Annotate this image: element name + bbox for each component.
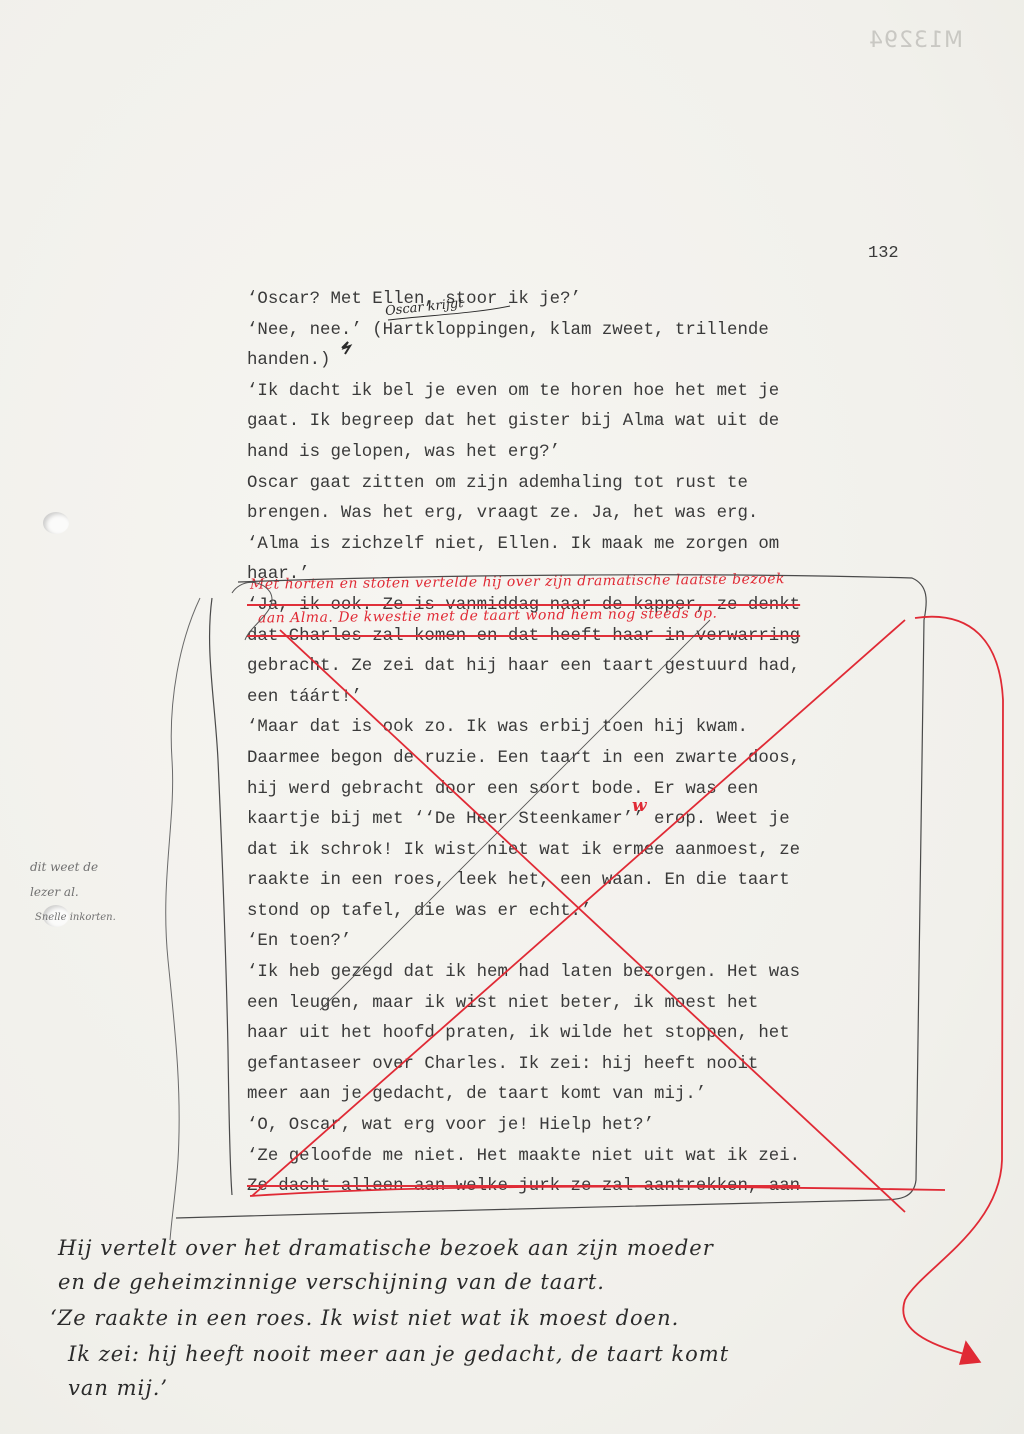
typed-line: brengen. Was het erg, vraagt ze. Ja, het…: [247, 499, 800, 530]
typed-text-body: ‘Oscar? Met Ellen, stoor ik je?’‘Nee, ne…: [247, 285, 800, 1203]
typed-line: gefantaseer over Charles. Ik zei: hij he…: [247, 1050, 800, 1081]
typed-line: ‘En toen?’: [247, 927, 800, 958]
typed-line: ‘Ik heb gezegd dat ik hem had laten bezo…: [247, 958, 800, 989]
typed-line: Daarmee begon de ruzie. Een taart in een…: [247, 744, 800, 775]
red-correction-mark: w: [632, 796, 647, 816]
typed-line: ‘Ik dacht ik bel je even om te horen hoe…: [247, 377, 800, 408]
typed-line: Ze dacht alleen aan welke jurk ze zal aa…: [247, 1172, 800, 1203]
typed-line: ‘Nee, nee.’ (Hartkloppingen, klam zweet,…: [247, 316, 800, 347]
typed-line: raakte in een roes, leek het, een waan. …: [247, 866, 800, 897]
archive-stamp: M13294: [868, 28, 963, 53]
typed-line: hij werd gebracht door een soort bode. E…: [247, 775, 800, 806]
typed-line: een táárt!’: [247, 683, 800, 714]
manuscript-page: M13294 132 ‘Oscar? Met Ellen, stoor ik j…: [0, 0, 1024, 1434]
punch-hole-top: [43, 512, 69, 534]
typed-line: ‘Alma is zichzelf niet, Ellen. Ik maak m…: [247, 530, 800, 561]
typed-line: hand is gelopen, was het erg?’: [247, 438, 800, 469]
pencil-wavy-margin-line: [166, 598, 200, 1240]
typed-line: gaat. Ik begreep dat het gister bij Alma…: [247, 407, 800, 438]
typed-line: kaartje bij met ‘‘De Heer Steenkamer’’ e…: [247, 805, 800, 836]
typed-line: een leugen, maar ik wist niet beter, ik …: [247, 989, 800, 1020]
bottom-note-line-4: Ik zei: hij heeft nooit meer aan je geda…: [68, 1342, 729, 1366]
typed-line: ‘O, Oscar, wat erg voor je! Hielp het?’: [247, 1111, 800, 1142]
red-arrow-path: [903, 617, 1003, 1355]
typed-line: handen.): [247, 346, 800, 377]
typed-line: ‘Maar dat is ook zo. Ik was erbij toen h…: [247, 713, 800, 744]
typed-line: meer aan je gedacht, de taart komt van m…: [247, 1080, 800, 1111]
bottom-note-line-5: van mij.’: [68, 1376, 168, 1400]
typed-line: dat ik schrok! Ik wist niet wat ik ermee…: [247, 836, 800, 867]
page-number: 132: [868, 244, 899, 263]
pencil-box-left-edge: [210, 598, 232, 1195]
typed-line: Oscar gaat zitten om zijn ademhaling tot…: [247, 469, 800, 500]
bottom-note-line-2: en de geheimzinnige verschijning van de …: [58, 1270, 605, 1294]
typed-line: stond op tafel, die was er echt.’: [247, 897, 800, 928]
margin-note-line-1: dit weet de: [30, 860, 98, 874]
typed-line: haar uit het hoofd praten, ik wilde het …: [247, 1019, 800, 1050]
bottom-note-line-1: Hij vertelt over het dramatische bezoek …: [58, 1236, 714, 1260]
margin-note-line-3: Snelle inkorten.: [35, 912, 116, 923]
margin-note-line-2: lezer al.: [30, 885, 79, 899]
bottom-note-line-3: ‘Ze raakte in een roes. Ik wist niet wat…: [50, 1306, 679, 1330]
typed-line: ‘Ze geloofde me niet. Het maakte niet ui…: [247, 1142, 800, 1173]
red-arrow-head: [960, 1342, 980, 1364]
typed-line: ‘Oscar? Met Ellen, stoor ik je?’: [247, 285, 800, 316]
typed-line: gebracht. Ze zei dat hij haar een taart …: [247, 652, 800, 683]
typed-line: dat Charles zal komen en dat heeft haar …: [247, 622, 800, 653]
